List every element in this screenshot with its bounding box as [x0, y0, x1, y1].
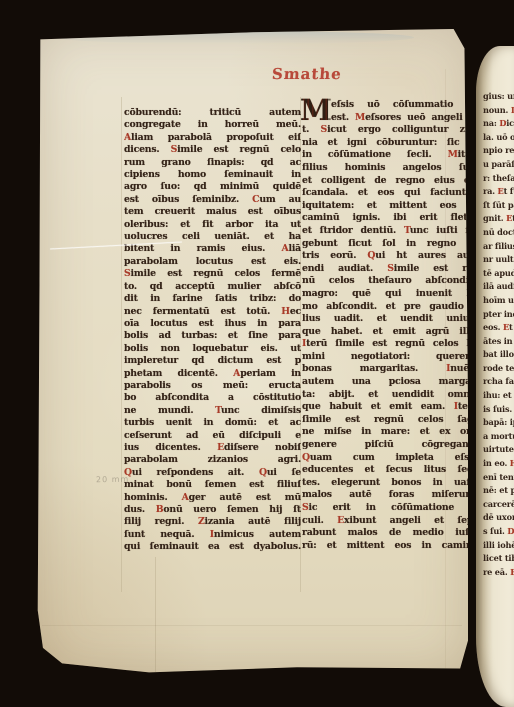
text-line: magro: quē qui inuenit ho	[302, 288, 479, 301]
text-line: nec fermentatū est totū. Hec	[124, 306, 301, 318]
text-line: genere piſciū cōgreganti.	[302, 439, 479, 452]
text-line: que habuit et emit eam. Iterū	[302, 401, 479, 414]
text-line: educentes et ſecus litus ſedē	[302, 464, 479, 477]
text-line: gius: ur c	[483, 90, 514, 104]
text-line: bat illos.	[483, 348, 514, 362]
photo-frame: Smathe cōburendū: triticū autemcongregat…	[0, 0, 514, 707]
text-line: congregate in horreū meū.	[124, 119, 301, 131]
text-line: ātes in pa	[483, 335, 514, 349]
text-line: rabunt malos de medio iuſto	[302, 527, 479, 540]
manuscript-page-recto-edge: gius: ur cnoun. Iuna: Dicūtla. uō omnpio…	[476, 46, 514, 707]
text-column-left: cōburendū: triticū autemcongregate in ho…	[124, 107, 301, 554]
text-line: que habet. et emit agrū illū.	[302, 326, 479, 339]
page-top-light	[58, 31, 415, 44]
text-line: Sic erit in cōſūmatione ſe	[302, 502, 479, 515]
pencil-margin-note: 20 mm	[96, 475, 129, 485]
text-line: malos autē foras miſerunt.	[302, 489, 479, 502]
text-line: pter incre	[483, 308, 514, 322]
text-line: parabolam locutus est eis.	[124, 256, 301, 268]
text-line: na: Dicūt	[483, 117, 514, 131]
text-line: Aliam parabolā propoſuit eiſ	[124, 132, 301, 144]
text-line: ne mundi. Tunc dimiſsis	[124, 405, 301, 417]
crease-line	[42, 625, 462, 626]
text-line: minat bonū ſemen est filiuſ	[124, 479, 301, 491]
text-line: is ſuis. hic	[483, 403, 514, 417]
text-line: bitent in ramis eius. Aliā	[124, 243, 301, 255]
text-line: u parāſau	[483, 158, 514, 172]
text-line: filius hominis angelos ſuoſ	[302, 162, 479, 175]
text-line: mo abſcondit. et pre gaudio il	[302, 301, 479, 314]
text-line: cipiens homo ſeminauit in	[124, 169, 301, 181]
running-title: Smathe	[271, 65, 342, 83]
text-line: et ſtridor dentiū. Tunc iuſti ful	[302, 225, 479, 238]
text-line: nū doctā	[483, 226, 514, 240]
text-line: enī tenuit	[483, 471, 514, 485]
text-line: cōburendū: triticū autem	[124, 107, 301, 119]
text-line: npio reloz	[483, 144, 514, 158]
text-line: uirtutes o	[483, 443, 514, 457]
text-line: eos. Et nō	[483, 321, 514, 335]
text-line: ra. Et fuit	[483, 185, 514, 199]
text-line: noun. Iu	[483, 104, 514, 118]
text-line: bonas margaritas. Inuēta	[302, 363, 479, 376]
text-line: autem una pciosa margari	[302, 376, 479, 389]
manuscript-page-verso: Smathe cōburendū: triticū autemcongregat…	[36, 29, 471, 675]
text-line: est oībus ſeminibz. Cum au	[124, 194, 301, 206]
text-line: Iterū ſimile est regnū celos ho	[302, 338, 479, 351]
text-line: ſunt nequā. Inimicus autem	[124, 529, 301, 541]
text-line: ius dicentes. Ediſsere nobiſ	[124, 442, 301, 454]
text-line: caminū ignis. ibi erit fletus	[302, 212, 479, 225]
text-line: gnit. Et uo	[483, 212, 514, 226]
text-line: impleretur qd dictum est p	[124, 355, 301, 367]
text-line: turbis uenit in domū: et ac	[124, 417, 301, 429]
text-line: parabolis os meū: eructa	[124, 380, 301, 392]
text-line: ilā audiēt	[483, 280, 514, 294]
text-line: carcerē ppt	[483, 498, 514, 512]
text-line: dicens. Simile est regnū celo	[124, 144, 301, 156]
text-line: bo abſcondita a cōstitutio	[124, 392, 301, 404]
text-line: hominis. Ager autē est mū	[124, 492, 301, 504]
text-line: nē: et poſu	[483, 484, 514, 498]
recto-text-fragments: gius: ur cnoun. Iuna: Dicūtla. uō omnpio…	[483, 90, 514, 579]
text-line: rū: et mittent eos in caminū	[302, 540, 479, 553]
text-line: ar filius:	[483, 240, 514, 254]
text-line: ſimile est regnū celos ſage	[302, 414, 479, 427]
text-line: to. qd acceptū mulier abſcō	[124, 281, 301, 293]
text-line: gebunt ſicut ſol in regno pa	[302, 238, 479, 251]
text-line: tē apud ſu	[483, 267, 514, 281]
text-line: tes. elegerunt bonos in uaſa.	[302, 477, 479, 490]
text-column-right: M eſsis uō cōſummatio ſciest. Meſsores u…	[302, 99, 479, 552]
text-line: Simile est regnū celos fermē	[124, 268, 301, 280]
drop-cap-initial: M	[300, 97, 328, 124]
text-line: Quam cum impleta eſset	[302, 452, 479, 465]
text-line: in cōſūmatione ſecli. Mittet	[302, 149, 479, 162]
text-line: in eo. Hero	[483, 457, 514, 471]
text-line: la. uō om	[483, 131, 514, 145]
text-line: uolucres celi ueniāt. et ha	[124, 231, 301, 243]
text-line: parabolam zizanios agri.	[124, 454, 301, 466]
text-line: dus. Bonū uero ſemen hij ſt	[124, 504, 301, 516]
text-line: filij regni. Zizania autē filij	[124, 516, 301, 528]
text-line: illi iohēs:	[483, 539, 514, 553]
text-line: qui ſeminauit ea est dyabolus.	[124, 541, 301, 553]
text-line: rum grano ſinapis: qd ac	[124, 157, 301, 169]
text-line: ne miſse in mare: et ex omī	[302, 426, 479, 439]
text-line: nr uult m	[483, 253, 514, 267]
text-line: oleribus: et fit arbor ita ut	[124, 219, 301, 231]
text-line: tem creuerit maius est oībus	[124, 206, 301, 218]
text-line: agro ſuo: qd minimū quidē	[124, 181, 301, 193]
text-line: endi audiat. Simile est reg	[302, 263, 479, 276]
text-line: culi. Exibunt angeli et ſepa	[302, 515, 479, 528]
text-line: tris eorū. Qui ht aures audi	[302, 250, 479, 263]
text-line: rcha famā	[483, 375, 514, 389]
crease-line	[155, 557, 156, 672]
text-line: ceſserunt ad eū diſcipuli e	[124, 430, 301, 442]
text-line: a mortuiſ	[483, 430, 514, 444]
text-line: dē uxorē f	[483, 511, 514, 525]
ruling-line	[121, 97, 122, 592]
text-line: licet tibi h	[483, 552, 514, 566]
text-line: rode tetra	[483, 362, 514, 376]
text-line: ſt ſūt pabo	[483, 199, 514, 213]
text-line: mini negotiatori: querenti	[302, 351, 479, 364]
text-line: nia et igni cōburuntur: ſic et	[302, 137, 479, 150]
text-line: phetam dicentē. Aperiam in	[124, 368, 301, 380]
text-line: ta: abijt. et uendidit omnia	[302, 389, 479, 402]
text-line: nū celos theſauro abſcondito	[302, 275, 479, 288]
text-line: s ſui. Diceb	[483, 525, 514, 539]
text-line: bolis ad turbas: et ſine para	[124, 330, 301, 342]
text-line: ſcandala. et eos qui faciunt ī	[302, 187, 479, 200]
text-line: ihu: et ait	[483, 389, 514, 403]
text-line: re eā. Et uo	[483, 566, 514, 580]
text-line: oīa locutus est ihus in para	[124, 318, 301, 330]
text-line: r: theſaur	[483, 172, 514, 186]
text-line: iquitatem: et mittent eos in	[302, 200, 479, 213]
text-line: Qui reſpondens ait. Qui ſe	[124, 467, 301, 479]
text-line: lius uadit. et uendit uniuſa	[302, 313, 479, 326]
text-line: bolis non loquebatur eis. ut	[124, 343, 301, 355]
text-line: bapā: ipe	[483, 416, 514, 430]
text-line: dit in farine ſatis tribz: do	[124, 293, 301, 305]
text-line: hoīm uirt	[483, 294, 514, 308]
text-line: et colligent de regno eius oīa	[302, 175, 479, 188]
